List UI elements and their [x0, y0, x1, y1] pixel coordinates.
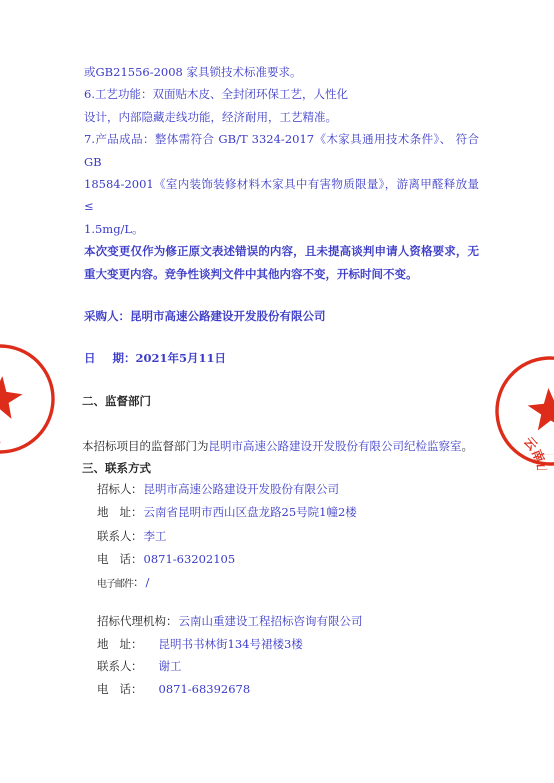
supervision-prefix: 本招标项目的监督部门为 [82, 439, 209, 453]
colon: ： [131, 482, 143, 496]
svg-text:··········: ·········· [0, 432, 4, 447]
contact-label: 电子邮件 [97, 575, 133, 590]
colon: ： [131, 637, 143, 651]
supervision-line: 本招标项目的监督部门为昆明市高速公路建设开发股份有限公司纪检监察室。 [82, 438, 473, 454]
colon: ： [131, 505, 143, 519]
colon: ： [131, 529, 143, 543]
supervision-department: 昆明市高速公路建设开发股份有限公司纪检监察室 [209, 439, 462, 453]
change-notice-paragraph: 或GB21556-2008 家具锁技术标准要求。 6.工艺功能：双面贴木皮、全封… [84, 61, 479, 285]
contact-row-person: 联系人：谢工 [97, 658, 182, 674]
company-seal-right: 云南山重建设工程招标咨询有限公司 ·········· [488, 349, 554, 473]
contact-value: 0871-63202105 [144, 552, 236, 566]
colon: ： [131, 659, 143, 673]
purchaser-value: 昆明市高速公路建设开发股份有限公司 [130, 309, 326, 323]
contact-value: / [146, 575, 150, 589]
contact-label: 招标代理机构 [97, 613, 166, 629]
contact-label: 地址 [97, 636, 131, 652]
contact-value: 谢工 [159, 659, 182, 673]
paragraph-line: 或GB21556-2008 家具锁技术标准要求。 [84, 61, 479, 83]
seal-star-icon [527, 387, 554, 432]
date-value: 2021年5月11日 [136, 351, 227, 365]
purchaser-line: 采购人：昆明市高速公路建设开发股份有限公司 [84, 308, 326, 324]
contact-value: 云南山重建设工程招标咨询有限公司 [179, 614, 363, 628]
paragraph-line: 18584-2001《室内装饰装修材料木家具中有害物质限量》，游离甲醛释放量≤ [84, 173, 479, 218]
paragraph-line: 6.工艺功能：双面贴木皮、全封闭环保工艺，人性化 [84, 83, 479, 105]
paragraph-line: 设计，内部隐藏走线功能，经济耐用，工艺精准。 [84, 106, 479, 128]
contact-row-agency: 招标代理机构：云南山重建设工程招标咨询有限公司 [97, 613, 363, 629]
date-line: 日期：2021年5月11日 [84, 350, 226, 366]
paragraph-line: 本次变更仅作为修正原文表述错误的内容，且未提高谈判申请人资格要求，无 [84, 240, 479, 262]
contact-label: 电话 [97, 551, 131, 567]
section3-heading: 三、联系方式 [82, 460, 151, 476]
section2-heading: 二、监督部门 [82, 393, 151, 409]
colon: ： [133, 575, 145, 589]
colon: ： [131, 552, 143, 566]
contact-row-address: 地址：昆明书书林街134号裙楼3楼 [97, 636, 303, 652]
paragraph-line: 1.5mg/L。 [84, 218, 479, 240]
contact-value: 云南省昆明市西山区盘龙路25号院1幢2楼 [144, 505, 357, 519]
date-colon: ： [124, 351, 136, 365]
document-page: 或GB21556-2008 家具锁技术标准要求。 6.工艺功能：双面贴木皮、全封… [0, 0, 554, 783]
company-seal-left: 云南山重建设工程招标咨询有限公司 ·········· [0, 335, 64, 462]
colon: ： [166, 614, 178, 628]
contact-value: 昆明书书林街134号裙楼3楼 [159, 637, 303, 651]
seal-star-icon [0, 374, 24, 420]
paragraph-line: 7.产品成品：整体需符合 GB/T 3324-2017《木家具通用技术条件》、 … [84, 128, 479, 173]
contact-label: 电话 [97, 681, 131, 697]
contact-value: 李工 [144, 529, 167, 543]
svg-text:云南山重建设工程招标咨询有限公司: 云南山重建设工程招标咨询有限公司 [488, 421, 553, 473]
supervision-period: 。 [462, 439, 474, 453]
contact-row-phone: 电话：0871-68392678 [97, 681, 250, 697]
contact-row-address: 地址：云南省昆明市西山区盘龙路25号院1幢2楼 [97, 504, 357, 520]
purchaser-label: 采购人： [84, 309, 130, 323]
contact-label: 招标人 [97, 481, 131, 497]
colon: ： [131, 682, 143, 696]
date-label: 日期 [84, 350, 124, 366]
contact-label: 地址 [97, 504, 131, 520]
contact-row-phone: 电话：0871-63202105 [97, 551, 235, 567]
paragraph-line: 重大变更内容。竞争性谈判文件中其他内容不变，开标时间不变。 [84, 263, 479, 285]
contact-value: 0871-68392678 [159, 682, 251, 696]
contact-row-email: 电子邮件：/ [97, 574, 149, 590]
contact-label: 联系人 [97, 658, 131, 674]
contact-row-tenderer: 招标人：昆明市高速公路建设开发股份有限公司 [97, 481, 339, 497]
contact-row-person: 联系人：李工 [97, 528, 167, 544]
seal-text: 云南山重建设工程招标咨询有限公司 [488, 421, 553, 473]
seal-serial: ·········· [0, 432, 4, 447]
contact-value: 昆明市高速公路建设开发股份有限公司 [144, 482, 340, 496]
contact-label: 联系人 [97, 528, 131, 544]
